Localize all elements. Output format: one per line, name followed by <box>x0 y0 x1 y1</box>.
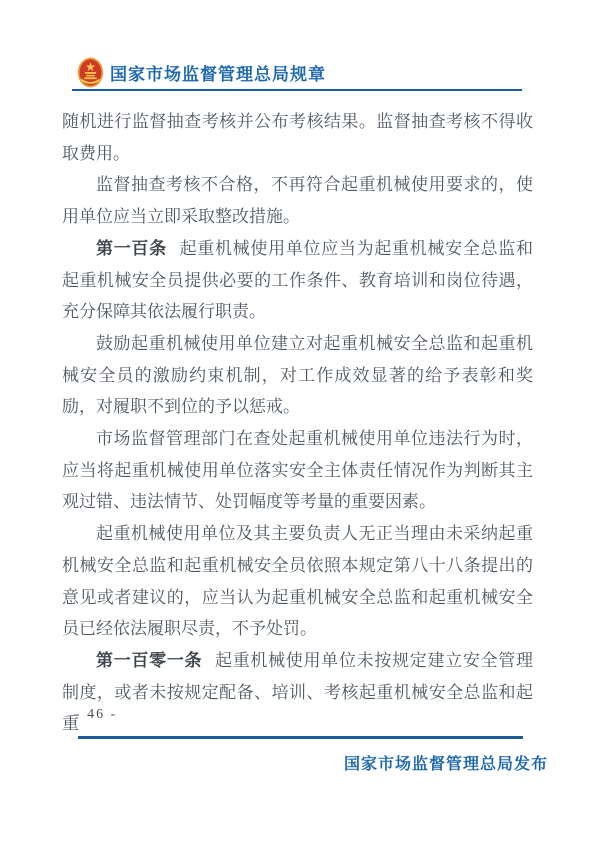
paragraph-text: 随机进行监督抽查考核并公布考核结果。监督抽查考核不得收取费用。 <box>62 112 533 163</box>
paragraph: 随机进行监督抽查考核并公布考核结果。监督抽查考核不得收取费用。 <box>62 106 533 169</box>
paragraph: 监督抽查考核不合格，不再符合起重机械使用要求的，使用单位应当立即采取整改措施。 <box>62 169 533 232</box>
page-number: - 46 - <box>75 707 117 723</box>
paragraph-text: 监督抽查考核不合格，不再符合起重机械使用要求的，使用单位应当立即采取整改措施。 <box>62 175 533 226</box>
paragraph: 鼓励起重机械使用单位建立对起重机械安全总监和起重机械安全员的激励约束机制，对工作… <box>62 328 533 423</box>
publisher-label: 国家市场监督管理总局发布 <box>344 751 548 774</box>
article-number: 第一百零一条 <box>96 651 202 670</box>
document-body: 随机进行监督抽查考核并公布考核结果。监督抽查考核不得收取费用。 监督抽查考核不合… <box>62 106 533 740</box>
paragraph: 第一百条起重机械使用单位应当为起重机械安全总监和起重机械安全员提供必要的工作条件… <box>62 233 533 328</box>
paragraph: 第一百零一条起重机械使用单位未按规定建立安全管理制度，或者未按规定配备、培训、考… <box>62 645 533 740</box>
header-rule <box>72 89 522 91</box>
page-header: 国家市场监督管理总局规章 <box>77 57 326 88</box>
paragraph-text: 起重机械使用单位及其主要负责人无正当理由未采纳起重机械安全总监和起重机械安全员依… <box>62 524 533 638</box>
footer-rule <box>78 736 523 739</box>
article-number: 第一百条 <box>96 239 167 258</box>
china-national-emblem-icon <box>77 57 104 88</box>
paragraph: 起重机械使用单位及其主要负责人无正当理由未采纳起重机械安全总监和起重机械安全员依… <box>62 518 533 645</box>
paragraph-text: 市场监督管理部门在查处起重机械使用单位违法行为时，应当将起重机械使用单位落实安全… <box>62 429 533 511</box>
paragraph-text: 鼓励起重机械使用单位建立对起重机械安全总监和起重机械安全员的激励约束机制，对工作… <box>62 334 533 416</box>
paragraph: 市场监督管理部门在查处起重机械使用单位违法行为时，应当将起重机械使用单位落实安全… <box>62 423 533 518</box>
document-page: 国家市场监督管理总局规章 随机进行监督抽查考核并公布考核结果。监督抽查考核不得收… <box>0 0 595 842</box>
header-title: 国家市场监督管理总局规章 <box>110 60 326 85</box>
